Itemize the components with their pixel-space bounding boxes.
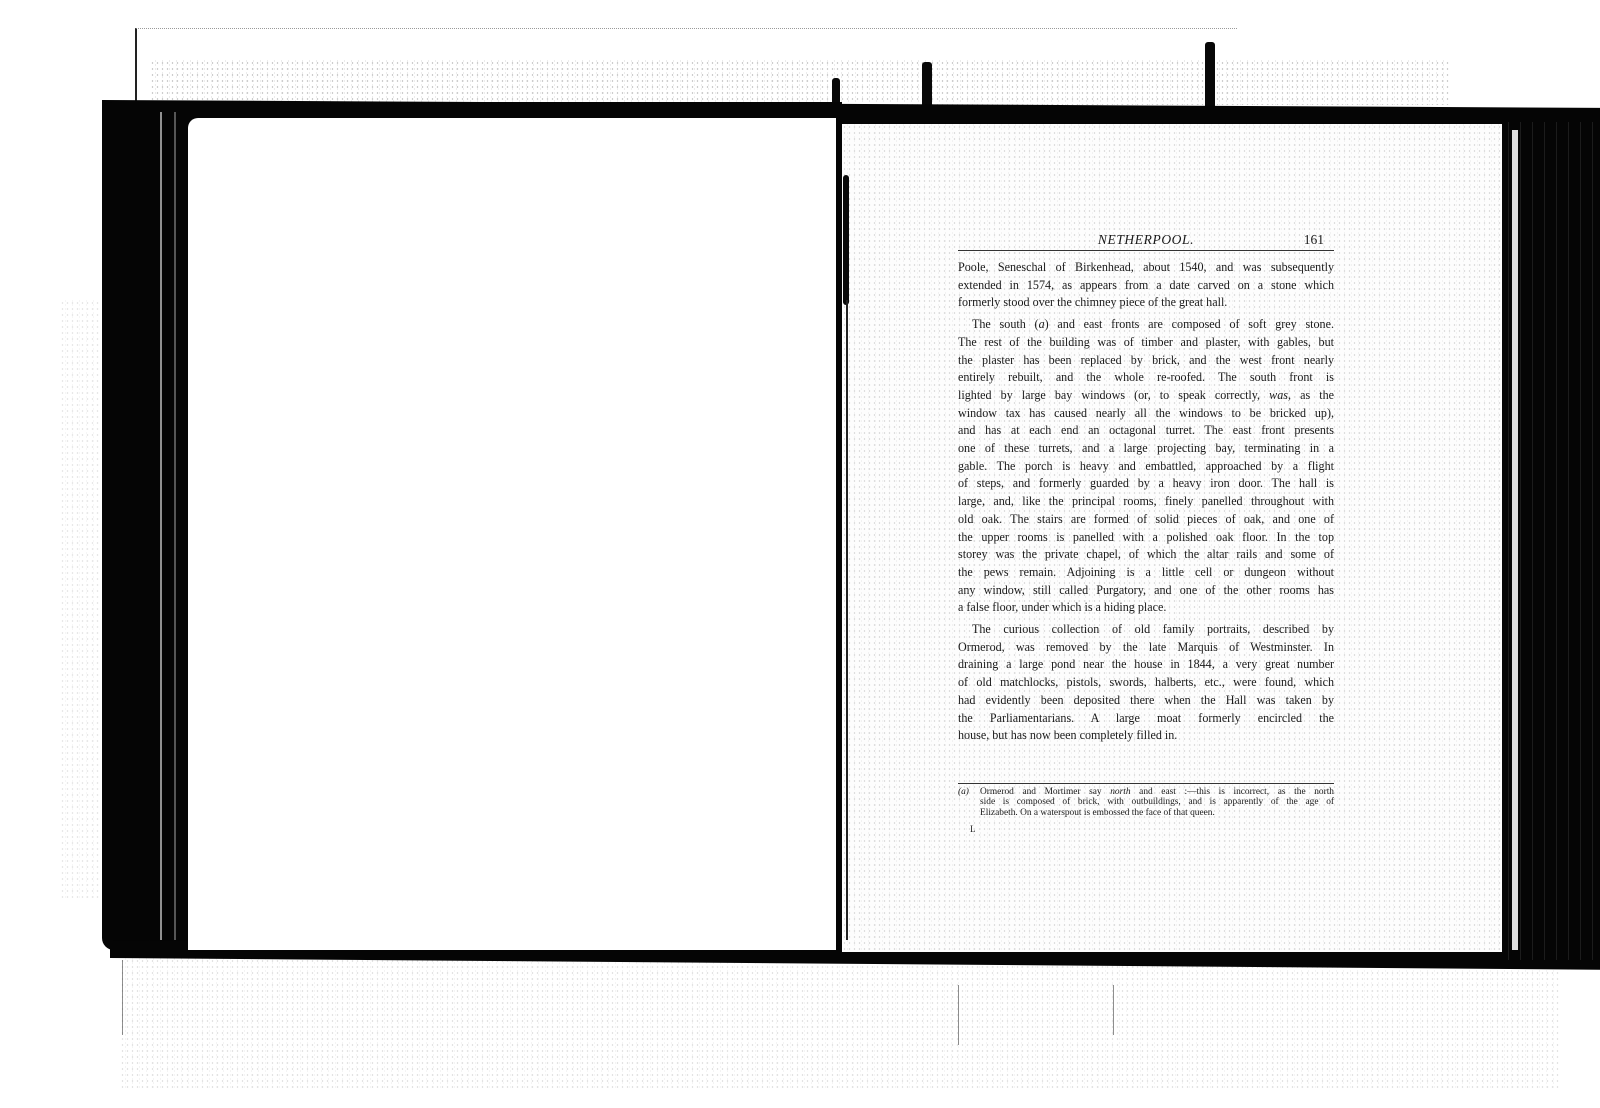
- scan-noise-bottom: [120, 958, 1560, 1088]
- left-page-blank: [188, 118, 836, 950]
- lower-board-outline: [122, 960, 123, 1035]
- text-line: house, but has now been completely fille…: [958, 727, 1334, 745]
- footnote-line: Elizabeth. On a waterspout is embossed t…: [980, 808, 1334, 819]
- signature-mark: L: [958, 824, 1334, 834]
- footnote-line: side is composed of brick, with outbuild…: [980, 797, 1334, 808]
- text-line: Poole, Seneschal of Birkenhead, about 15…: [958, 259, 1334, 277]
- cover-stripe: [160, 112, 162, 940]
- text-line: The curious collection of old family por…: [958, 621, 1334, 639]
- text-line: large, and, like the principal rooms, fi…: [958, 493, 1334, 511]
- gutter-line: [846, 300, 848, 940]
- text-line: formerly stood over the chimney piece of…: [958, 294, 1334, 312]
- text-line: and has at each end an octagonal turret.…: [958, 422, 1334, 440]
- clip-post-3: [1205, 42, 1215, 112]
- text-line: storey was the private chapel, of which …: [958, 546, 1334, 564]
- text-line: the upper rooms is panelled with a polis…: [958, 529, 1334, 547]
- scan-stage: NETHERPOOL. 161 Poole, Seneschal of Birk…: [0, 0, 1600, 1108]
- footnote: (a) Ormerod and Mortimer say north and e…: [958, 787, 1334, 819]
- text-line: extended in 1574, as appears from a date…: [958, 277, 1334, 295]
- footnote-rule: [958, 783, 1334, 784]
- page-text-block: NETHERPOOL. 161 Poole, Seneschal of Birk…: [958, 230, 1334, 834]
- running-title: NETHERPOOL.: [958, 232, 1334, 248]
- text-line: a false floor, under which is a hiding p…: [958, 599, 1334, 617]
- lower-board-outline: [958, 985, 959, 1045]
- running-head: NETHERPOOL. 161: [958, 230, 1334, 251]
- text-line: window tax has caused nearly all the win…: [958, 405, 1334, 423]
- paragraph: The curious collection of old family por…: [958, 621, 1334, 745]
- text-line: of steps, and formerly guarded by a heav…: [958, 475, 1334, 493]
- text-line: gable. The porch is heavy and embattled,…: [958, 458, 1334, 476]
- text-line: entirely rebuilt, and the whole re-roofe…: [958, 369, 1334, 387]
- footnote-line: Ormerod and Mortimer say north and east …: [980, 787, 1334, 798]
- footnote-marker: (a): [958, 787, 969, 798]
- back-board-outline: [135, 28, 1237, 109]
- text-line: Ormerod, was removed by the late Marquis…: [958, 639, 1334, 657]
- cover-stripe: [174, 112, 176, 940]
- scan-noise-left: [60, 300, 100, 900]
- text-line: the plaster has been replaced by brick, …: [958, 352, 1334, 370]
- text-line: of old matchlocks, pistols, swords, halb…: [958, 674, 1334, 692]
- text-line: any window, still called Purgatory, and …: [958, 582, 1334, 600]
- gutter-shadow: [843, 175, 849, 305]
- text-line: had evidently been deposited there when …: [958, 692, 1334, 710]
- text-line: lighted by large bay windows (or, to spe…: [958, 387, 1334, 405]
- text-line: the Parliamentarians. A large moat forme…: [958, 710, 1334, 728]
- paragraph: The south (a) and east fronts are compos…: [958, 316, 1334, 617]
- text-line: the pews remain. Adjoining is a little c…: [958, 564, 1334, 582]
- lower-board-outline: [1113, 985, 1114, 1035]
- text-line: draining a large pond near the house in …: [958, 656, 1334, 674]
- paragraph: Poole, Seneschal of Birkenhead, about 15…: [958, 259, 1334, 312]
- fore-edge-highlight: [1512, 130, 1518, 950]
- text-line: The rest of the building was of timber a…: [958, 334, 1334, 352]
- text-line: old oak. The stairs are formed of solid …: [958, 511, 1334, 529]
- page-number: 161: [1304, 232, 1324, 248]
- text-line: The south (a) and east fronts are compos…: [958, 316, 1334, 334]
- body-text: Poole, Seneschal of Birkenhead, about 15…: [958, 259, 1334, 745]
- text-line: one of these turrets, and a large projec…: [958, 440, 1334, 458]
